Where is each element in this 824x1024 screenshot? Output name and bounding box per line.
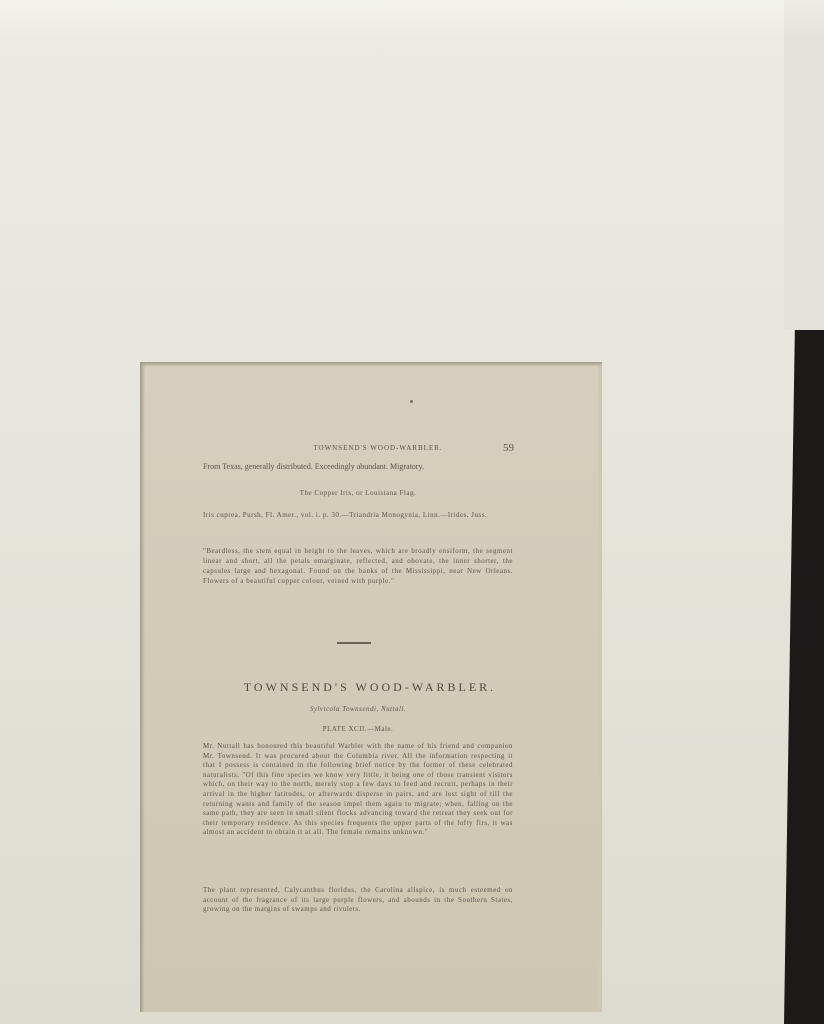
running-head: TOWNSEND'S WOOD-WARBLER.	[235, 444, 521, 452]
plastic-wrap-sheen	[0, 0, 824, 40]
article-title: TOWNSEND'S WOOD-WARBLER.	[205, 680, 535, 695]
mat-board-edge	[784, 0, 824, 330]
plant-quote: "Beardless, the stem equal in height to …	[203, 546, 513, 586]
book-page: TOWNSEND'S WOOD-WARBLER. 59 From Texas, …	[145, 366, 598, 1012]
body-paragraph-1: Mr. Nuttall has honoured this beautiful …	[203, 742, 513, 838]
mat-speck	[410, 400, 413, 403]
latin-name: Sylvicola Townsendi, Nuttall.	[203, 704, 513, 714]
range-line: From Texas, generally distributed. Excee…	[203, 462, 513, 472]
plate-label: PLATE XCII.—Male.	[203, 724, 513, 734]
page-number: 59	[503, 442, 514, 454]
citation: Iris cuprea, Pursh, Fl. Amer., vol. i. p…	[203, 510, 513, 520]
section-heading: The Copper Iris, or Louisiana Flag.	[203, 488, 513, 498]
divider-rule	[337, 642, 371, 644]
body-paragraph-2: The plant represented, Calycanthus flori…	[203, 886, 513, 915]
